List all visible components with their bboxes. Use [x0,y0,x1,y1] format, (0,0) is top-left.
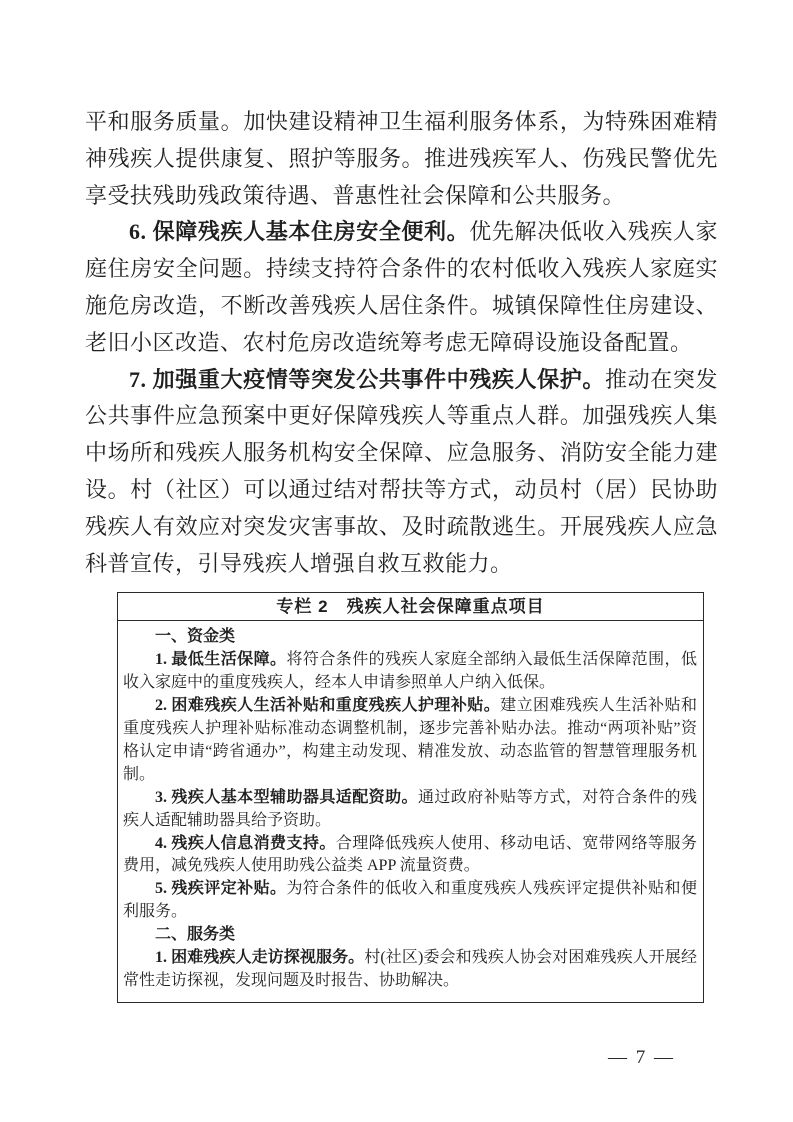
callout-box: 专栏 2 残疾人社会保障重点项目 一、资金类 1. 最低生活保障。将符合条件的残… [117,592,704,1003]
callout-box-title: 专栏 2 残疾人社会保障重点项目 [118,593,703,621]
box-item: 1. 困难残疾人走访探视服务。村(社区)委会和残疾人协会对困难残疾人开展经常性走… [123,947,697,993]
body-paragraph: 6. 保障残疾人基本住房安全便利。优先解决低收入残疾人家庭住房安全问题。持续支持… [85,214,718,361]
body-paragraph: 平和服务质量。加快建设精神卫生福利服务体系，为特殊困难精神残疾人提供康复、照护等… [85,104,718,214]
body-paragraph: 7. 加强重大疫情等突发公共事件中残疾人保护。推动在突发公共事件应急预案中更好保… [85,362,718,583]
page-number: — 7 — [85,1047,718,1069]
paragraph-text: 推动在突发公共事件应急预案中更好保障残疾人等重点人群。加强残疾人集中场所和残疾人… [85,367,718,576]
document-page: { "paragraphs": [ { "lead": "", "text": … [0,0,793,1122]
paragraph-lead: 6. 保障残疾人基本住房安全便利。 [129,219,469,244]
box-item: 5. 残疾评定补贴。为符合条件的低收入和重度残疾人残疾评定提供补贴和便利服务。 [123,878,697,924]
page-content: 平和服务质量。加快建设精神卫生福利服务体系，为特殊困难精神残疾人提供康复、照护等… [0,0,793,1069]
box-item-lead: 2. 困难残疾人生活补贴和重度残疾人护理补贴。 [155,697,500,714]
box-section-heading: 一、资金类 [123,626,697,649]
paragraph-lead: 7. 加强重大疫情等突发公共事件中残疾人保护。 [129,367,605,392]
section-heading-text: 一、资金类 [155,628,235,645]
box-item-lead: 5. 残疾评定补贴。 [155,880,287,897]
box-item-lead: 1. 困难残疾人走访探视服务。 [155,949,364,966]
box-item-lead: 3. 残疾人基本型辅助器具适配资助。 [155,789,418,806]
box-item: 1. 最低生活保障。将符合条件的残疾人家庭全部纳入最低生活保障范围，低收入家庭中… [123,649,697,695]
box-item: 2. 困难残疾人生活补贴和重度残疾人护理补贴。建立困难残疾人生活补贴和重度残疾人… [123,695,697,787]
box-item-lead: 4. 残疾人信息消费支持。 [155,835,336,852]
section-heading-text: 二、服务类 [155,926,235,943]
box-item-lead: 1. 最低生活保障。 [155,651,287,668]
box-section-heading: 二、服务类 [123,924,697,947]
paragraph-text: 平和服务质量。加快建设精神卫生福利服务体系，为特殊困难精神残疾人提供康复、照护等… [85,109,718,208]
callout-box-body: 一、资金类 1. 最低生活保障。将符合条件的残疾人家庭全部纳入最低生活保障范围，… [118,621,703,1002]
box-item: 4. 残疾人信息消费支持。合理降低残疾人使用、移动电话、宽带网络等服务费用，减免… [123,833,697,879]
box-item: 3. 残疾人基本型辅助器具适配资助。通过政府补贴等方式，对符合条件的残疾人适配辅… [123,787,697,833]
